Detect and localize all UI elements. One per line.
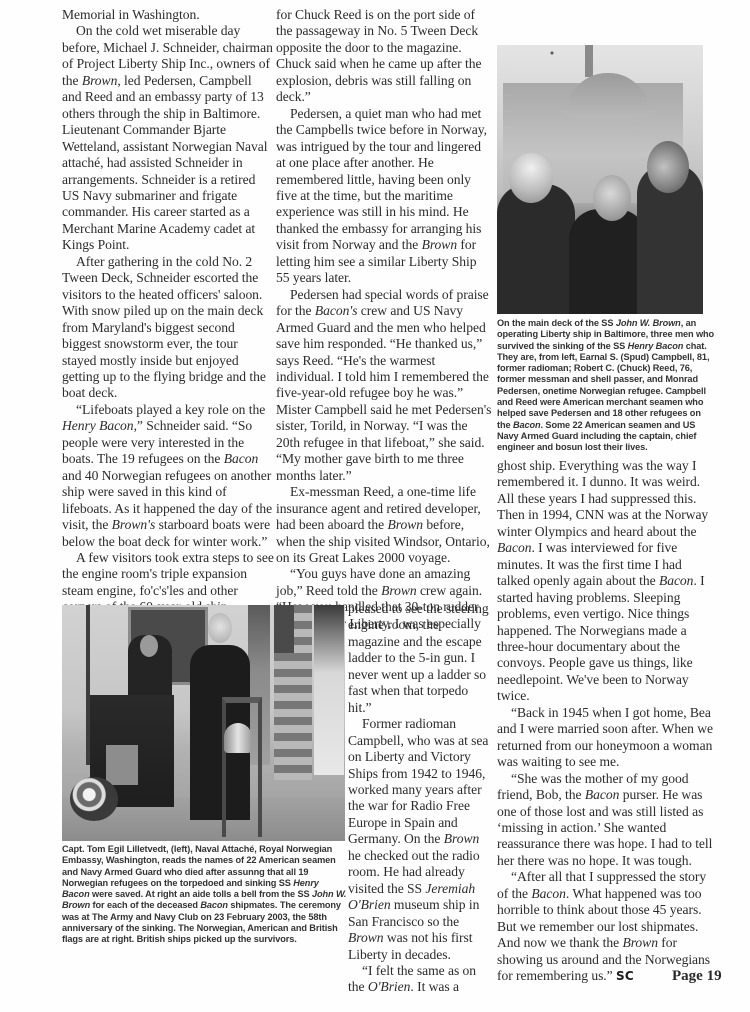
- paragraph: Memorial in Washington.: [62, 7, 274, 23]
- paragraph: After gathering in the cold No. 2 Tween …: [62, 254, 274, 402]
- paragraph: pleased to see the steering engine room,…: [348, 601, 492, 716]
- italic-title: Brown: [422, 237, 458, 252]
- paragraph: “Lifeboats played a key role on the Henr…: [62, 402, 274, 550]
- paragraph: “I felt the same as on the O'Brien. It w…: [348, 963, 492, 996]
- article-column-2-continued: pleased to see the steering engine room,…: [348, 601, 492, 996]
- photo-memorial-ceremony: [62, 605, 345, 841]
- american-flag: [274, 605, 312, 780]
- text-run: “Lifeboats played a key role on the: [76, 402, 265, 417]
- italic-title: Henry Bacon: [628, 341, 684, 351]
- head-reed: [593, 175, 631, 221]
- aide-officer-head: [208, 613, 232, 643]
- italic-title: Brown: [622, 935, 658, 950]
- paragraph: Pedersen, a quiet man who had met the Ca…: [276, 106, 492, 287]
- text-run: On the main deck of the SS: [497, 318, 616, 328]
- text-run: . I started having problems. Sleeping pr…: [497, 573, 705, 703]
- page-number: Page 19: [672, 968, 722, 985]
- paragraph: “She was the mother of my good friend, B…: [497, 771, 715, 870]
- person-campbell: [497, 184, 575, 314]
- flower-wreath: [70, 777, 118, 821]
- text-run: . It was a: [410, 979, 459, 994]
- italic-title: Bacon: [224, 451, 258, 466]
- text-run: for Chuck Reed is on the port side of th…: [276, 7, 481, 104]
- article-column-2: for Chuck Reed is on the port side of th…: [276, 7, 492, 632]
- end-mark: SC: [616, 969, 634, 983]
- article-column-1: Memorial in Washington.On the cold wet m…: [62, 7, 274, 682]
- italic-title: John W. Brown: [616, 318, 681, 328]
- italic-title: Bacon: [659, 573, 693, 588]
- text-run: for each of the deceased: [90, 900, 200, 910]
- paragraph: ghost ship. Everything was the way I rem…: [497, 458, 715, 705]
- head-campbell: [509, 153, 553, 203]
- text-run: After gathering in the cold No. 2 Tween …: [62, 254, 266, 401]
- italic-title: Bacon: [200, 900, 228, 910]
- italic-title: Brown: [381, 583, 417, 598]
- text-run: ghost ship. Everything was the way I rem…: [497, 458, 708, 539]
- italic-title: Bacon: [585, 787, 619, 802]
- text-run: pleased to see the steering engine room,…: [348, 601, 489, 715]
- officer-at-lectern-head: [140, 635, 158, 657]
- text-run: “Back in 1945 when I got home, Bea and I…: [497, 705, 713, 769]
- italic-title: Bacon: [531, 886, 565, 901]
- photo-caption-top: On the main deck of the SS John W. Brown…: [497, 318, 715, 454]
- photo-caption-bottom: Capt. Tom Egil Lilletvedt, (left), Naval…: [62, 844, 348, 946]
- bell-stand: [222, 697, 262, 837]
- person-reed: [569, 209, 647, 314]
- text-run: chat. They are, from left, Earnal S. (Sp…: [497, 341, 709, 430]
- paragraph: Pedersen had special words of praise for…: [276, 287, 492, 484]
- italic-title: Brown: [387, 517, 423, 532]
- paragraph: for Chuck Reed is on the port side of th…: [276, 7, 492, 106]
- text-run: were saved. At right an aide tolls a bel…: [90, 889, 312, 899]
- ship-mast: [585, 45, 593, 77]
- text-run: Former radioman Campbell, who was at sea…: [348, 716, 488, 846]
- flag-canton: [274, 605, 294, 653]
- italic-title: Bacon's: [315, 303, 358, 318]
- italic-title: O'Brien: [368, 979, 411, 994]
- lectern-plaque: [106, 745, 138, 785]
- text-run: Pedersen, a quiet man who had met the Ca…: [276, 106, 487, 253]
- print-speck: [549, 48, 555, 58]
- paragraph: Former radioman Campbell, who was at sea…: [348, 716, 492, 963]
- ship-bridge: [567, 73, 649, 118]
- paragraph: “Back in 1945 when I got home, Bea and I…: [497, 705, 715, 771]
- british-flag: [314, 605, 344, 775]
- italic-title: Bacon: [513, 420, 541, 430]
- italic-title: Henry Bacon: [62, 418, 134, 433]
- photo-three-survivors-on-deck: [497, 45, 703, 314]
- text-run: , led Pedersen, Campbell and Reed and an…: [62, 73, 267, 253]
- magazine-page: Memorial in Washington.On the cold wet m…: [0, 0, 750, 1012]
- italic-title: Brown's: [112, 517, 156, 532]
- text-run: Memorial in Washington.: [62, 7, 200, 22]
- italic-title: Brown: [348, 930, 384, 945]
- italic-title: Brown: [444, 831, 480, 846]
- text-run: crew and US Navy Armed Guard and the men…: [276, 303, 491, 483]
- ship-bell-icon: [224, 723, 252, 753]
- italic-title: Bacon: [497, 540, 531, 555]
- italic-title: Brown: [82, 73, 118, 88]
- article-column-3: ghost ship. Everything was the way I rem…: [497, 458, 715, 985]
- head-pedersen: [647, 141, 689, 193]
- paragraph: On the cold wet miserable day before, Mi…: [62, 23, 274, 253]
- paragraph: Ex-messman Reed, a one-time life insuran…: [276, 484, 492, 566]
